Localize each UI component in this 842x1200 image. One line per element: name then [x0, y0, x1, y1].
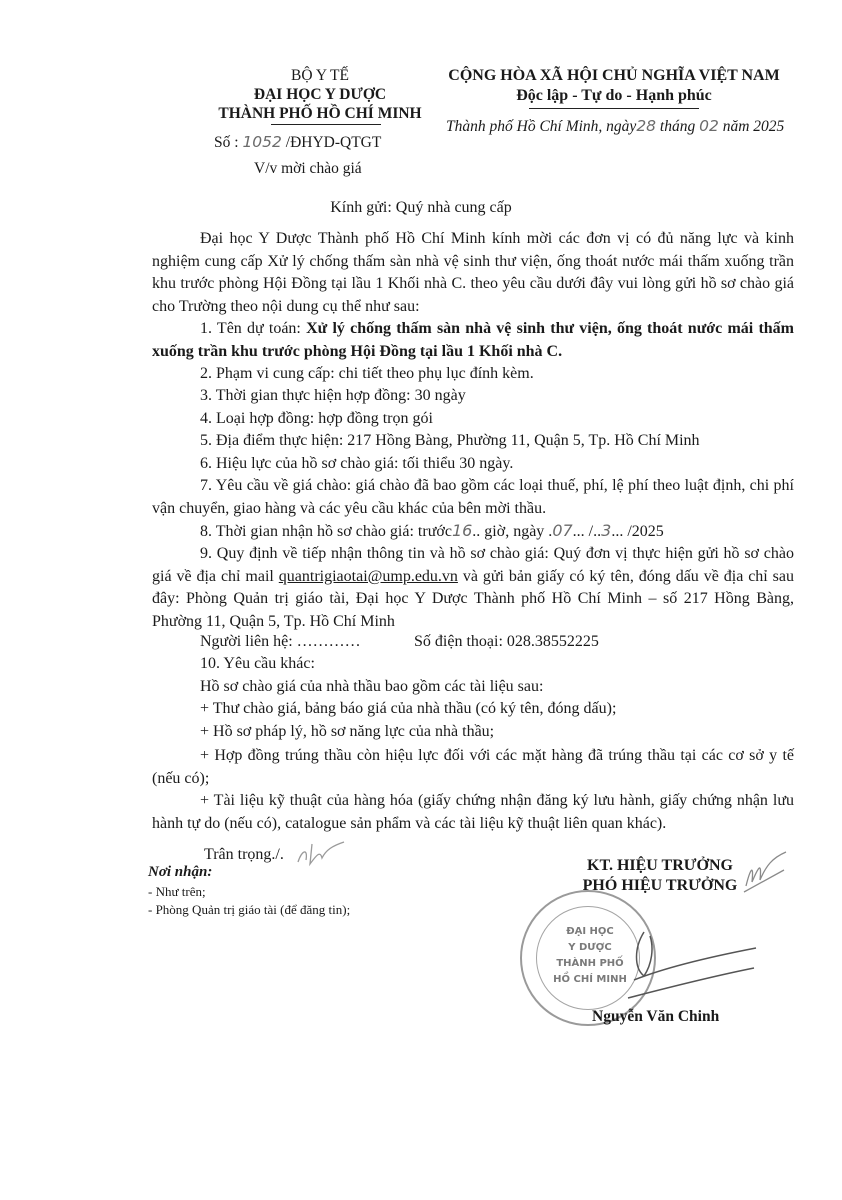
item-10-a: + Thư chào giá, bảng báo giá của nhà thầ… — [200, 700, 616, 718]
national-header: CỘNG HÒA XÃ HỘI CHỦ NGHĨA VIỆT NAM Độc l… — [424, 66, 804, 109]
issuing-organization: BỘ Y TẾ ĐẠI HỌC Y DƯỢC THÀNH PHỐ HỒ CHÍ … — [200, 66, 440, 125]
item-6-validity: 6. Hiệu lực của hồ sơ chào giá: tối thiể… — [152, 453, 794, 476]
item-4-contract-type: 4. Loại hợp đồng: hợp đồng trọn gói — [152, 408, 794, 431]
nation-title: CỘNG HÒA XÃ HỘI CHỦ NGHĨA VIỆT NAM — [424, 66, 804, 86]
recipient-item: - Phòng Quản trị giáo tài (để đăng tin); — [148, 902, 350, 918]
intro-paragraph: Đại học Y Dược Thành phố Hồ Chí Minh kín… — [152, 228, 794, 318]
initials-scribble-icon — [292, 836, 352, 870]
salutation: Kính gửi: Quý nhà cung cấp — [0, 199, 842, 217]
closing: Trân trọng./. — [204, 846, 284, 864]
date-line: Thành phố Hồ Chí Minh, ngày28 tháng 02 n… — [446, 117, 784, 136]
document-number: Số : 1052 /ĐHYD-QTGT — [214, 133, 381, 152]
item-7-price-requirements: 7. Yêu cầu về giá chào: giá chào đã bao … — [152, 475, 794, 520]
national-motto: Độc lập - Tự do - Hạnh phúc — [424, 86, 804, 106]
header-left-rule — [271, 124, 381, 125]
header-right-rule — [529, 108, 699, 109]
handwritten-day: 28 — [636, 117, 656, 135]
item-10-other-requirements: 10. Yêu cầu khác: — [200, 655, 315, 673]
handwritten-number: 1052 — [242, 133, 281, 151]
signature-title: KT. HIỆU TRƯỞNG PHÓ HIỆU TRƯỞNG — [560, 856, 760, 896]
item-10-intro: Hồ sơ chào giá của nhà thầu bao gồm các … — [200, 678, 543, 696]
signer-name: Nguyễn Văn Chinh — [592, 1008, 719, 1026]
item-9-submission-rules: 9. Quy định về tiếp nhận thông tin và hồ… — [152, 543, 794, 633]
item-10-c: + Hợp đồng trúng thầu còn hiệu lực đối v… — [152, 745, 794, 790]
recipient-item: - Như trên; — [148, 884, 206, 900]
item-2-scope: 2. Phạm vi cung cấp: chi tiết theo phụ l… — [152, 363, 794, 386]
document-subject: V/v mời chào giá — [254, 160, 362, 178]
university-name-line2: THÀNH PHỐ HỒ CHÍ MINH — [200, 104, 440, 123]
handwritten-month: 02 — [699, 117, 719, 135]
item-10-b: + Hồ sơ pháp lý, hồ sơ năng lực của nhà … — [200, 723, 494, 741]
ministry-name: BỘ Y TẾ — [200, 66, 440, 85]
contact-phone: Số điện thoại: 028.38552225 — [414, 633, 599, 651]
item-1-project-name: 1. Tên dự toán: Xử lý chống thấm sàn nhà… — [152, 318, 794, 363]
university-name-line1: ĐẠI HỌC Y DƯỢC — [200, 85, 440, 104]
item-8-deadline: 8. Thời gian nhận hồ sơ chào giá: trước1… — [152, 520, 794, 544]
item-3-duration: 3. Thời gian thực hiện hợp đồng: 30 ngày — [152, 385, 794, 408]
contact-person: Người liên hệ: ………… — [200, 633, 361, 651]
item-5-location: 5. Địa điểm thực hiện: 217 Hồng Bàng, Ph… — [152, 430, 794, 453]
item-10-d: + Tài liệu kỹ thuật của hàng hóa (giấy c… — [152, 790, 794, 835]
initials-mark-icon — [740, 848, 790, 894]
email-link[interactable]: quantrigiaotai@ump.edu.vn — [279, 568, 458, 585]
signature-scribble-icon — [604, 928, 764, 1008]
recipients-title: Nơi nhận: — [148, 864, 212, 881]
